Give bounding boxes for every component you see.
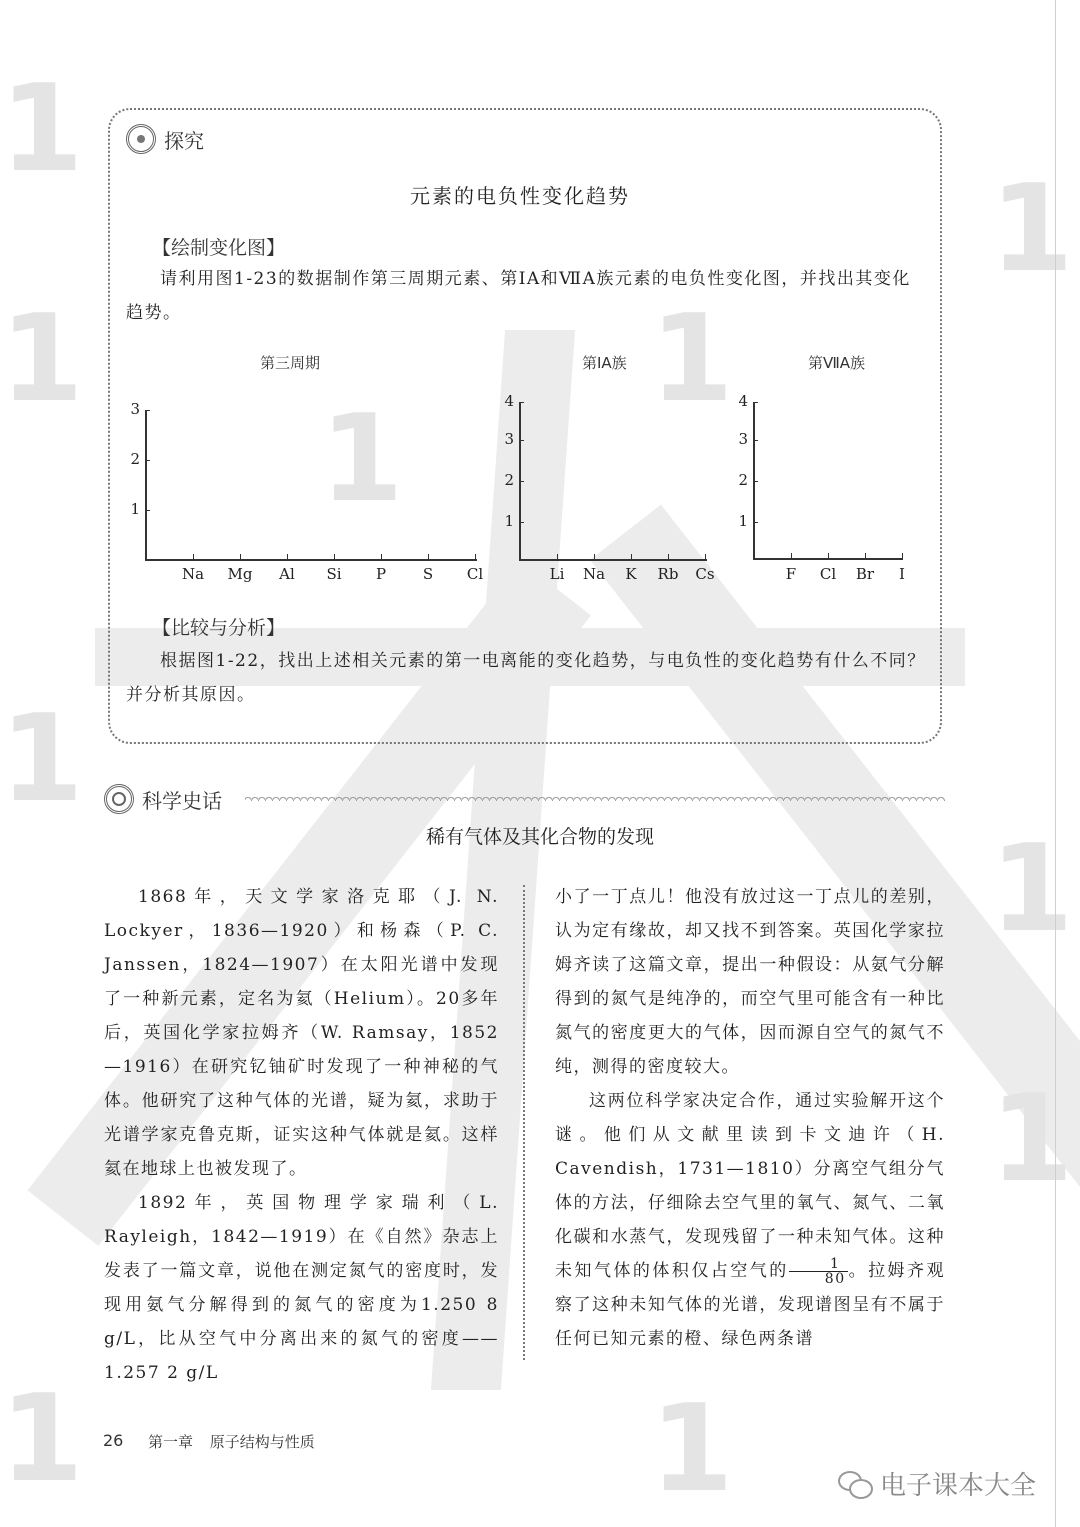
x-tick-label: Cl — [808, 565, 848, 583]
y-tick — [145, 510, 150, 511]
x-tick — [428, 554, 429, 559]
x-tick — [381, 554, 382, 559]
wechat-icon — [838, 1471, 872, 1497]
fraction: 180 — [789, 1257, 848, 1286]
x-tick-label: S — [408, 565, 448, 583]
watermark-digit: 1 — [0, 1380, 84, 1500]
history-title: 稀有气体及其化合物的发现 — [0, 822, 1080, 849]
watermark-digit: 1 — [650, 1390, 734, 1510]
target-icon — [126, 124, 156, 154]
x-tick — [705, 554, 706, 559]
x-tick-label: P — [361, 565, 401, 583]
watermark-digit: 1 — [0, 300, 84, 420]
y-tick-label: 1 — [734, 512, 748, 530]
y-tick — [145, 460, 150, 461]
x-axis — [519, 559, 707, 561]
x-tick — [240, 554, 241, 559]
y-tick — [753, 522, 758, 523]
x-tick-label: K — [611, 565, 651, 583]
watermark-digit: 1 — [0, 700, 84, 820]
draw-heading: 【绘制变化图】 — [152, 233, 285, 260]
history-paragraph: 这两位科学家决定合作，通过实验解开这个谜。他们从文献里读到卡文迪许（H. Cav… — [555, 1084, 945, 1356]
inquiry-title: 元素的电负性变化趋势 — [0, 180, 1040, 209]
x-axis — [145, 559, 477, 561]
inquiry-section-label: 探究 — [164, 125, 204, 154]
y-tick-label: 3 — [500, 430, 514, 448]
history-paragraph: 1868年，天文学家洛克耶（J. N. Lockyer，1836—1920）和杨… — [104, 880, 499, 1186]
compare-text: 根据图1-22，找出上述相关元素的第一电离能的变化趋势，与电负性的变化趋势有什么… — [126, 644, 926, 712]
y-tick-label: 4 — [500, 392, 514, 410]
chapter-title: 第一章 原子结构与性质 — [148, 1431, 315, 1452]
chart-title: 第ⅦA族 — [808, 352, 865, 373]
y-axis — [145, 410, 147, 560]
draw-text: 请利用图1-23的数据制作第三周期元素、第ⅠA和ⅦA族元素的电负性变化图，并找出… — [126, 262, 926, 330]
y-tick — [519, 402, 524, 403]
wavy-divider — [245, 793, 945, 801]
chart-group-7a: 第ⅦA族 4 3 2 1 F Cl Br I — [722, 340, 922, 590]
x-tick — [475, 554, 476, 559]
chart-period-3: 第三周期 3 2 1 Na Mg Al Si P S Cl — [110, 340, 500, 590]
y-tick-label: 3 — [126, 400, 140, 418]
fraction-numerator: 1 — [789, 1257, 848, 1272]
x-tick-label: Br — [845, 565, 885, 583]
page-edge-line — [1055, 0, 1056, 1527]
history-section-header: 科学史话 — [104, 784, 222, 814]
y-tick-label: 2 — [734, 471, 748, 489]
y-tick-label: 2 — [500, 471, 514, 489]
history-paragraph: 1892年，英国物理学家瑞利（L. Rayleigh，1842—1919）在《自… — [104, 1186, 499, 1390]
y-tick — [145, 410, 150, 411]
watermark-digit: 1 — [0, 70, 84, 190]
x-tick-label: Mg — [220, 565, 260, 583]
column-divider — [523, 885, 525, 1360]
fraction-denominator: 80 — [789, 1272, 848, 1286]
brand-watermark: 电子课本大全 — [838, 1465, 1036, 1502]
watermark-digit: 1 — [990, 1080, 1074, 1200]
x-tick-label: I — [882, 565, 922, 583]
x-tick-label: Cl — [455, 565, 495, 583]
history-section-label: 科学史话 — [142, 785, 222, 814]
x-tick-label: Rb — [648, 565, 688, 583]
y-tick — [753, 481, 758, 482]
x-tick-label: Na — [574, 565, 614, 583]
x-tick — [902, 553, 903, 558]
x-tick — [828, 553, 829, 558]
page-number: 26 — [103, 1431, 123, 1450]
history-paragraph: 小了一丁点儿！他没有放过这一丁点儿的差别，认为定有缘故，却又找不到答案。英国化学… — [555, 880, 945, 1084]
x-tick-label: Li — [537, 565, 577, 583]
magnifier-icon — [104, 784, 134, 814]
chart-title: 第三周期 — [260, 352, 320, 373]
x-tick — [557, 554, 558, 559]
x-tick-label: Si — [314, 565, 354, 583]
paragraph-text: 这两位科学家决定合作，通过实验解开这个谜。他们从文献里读到卡文迪许（H. Cav… — [555, 1091, 945, 1281]
x-tick-label: F — [771, 565, 811, 583]
x-tick — [334, 554, 335, 559]
x-tick-label: Cs — [685, 565, 725, 583]
y-tick — [753, 402, 758, 403]
history-right-column: 小了一丁点儿！他没有放过这一丁点儿的差别，认为定有缘故，却又找不到答案。英国化学… — [555, 880, 945, 1356]
y-tick-label: 2 — [126, 450, 140, 468]
x-tick — [791, 553, 792, 558]
x-axis — [753, 558, 903, 560]
brand-name: 电子课本大全 — [880, 1465, 1036, 1502]
x-tick-label: Na — [173, 565, 213, 583]
y-tick — [519, 522, 524, 523]
x-tick — [668, 554, 669, 559]
inquiry-section-header: 探究 — [126, 124, 204, 154]
chart-group-1a: 第ⅠA族 4 3 2 1 Li Na K Rb Cs — [490, 340, 730, 590]
x-tick — [287, 554, 288, 559]
y-tick — [753, 440, 758, 441]
y-tick — [519, 440, 524, 441]
y-tick — [519, 481, 524, 482]
y-tick-label: 3 — [734, 430, 748, 448]
x-tick — [594, 554, 595, 559]
y-tick-label: 1 — [126, 500, 140, 518]
history-left-column: 1868年，天文学家洛克耶（J. N. Lockyer，1836—1920）和杨… — [104, 880, 499, 1390]
y-tick-label: 1 — [500, 512, 514, 530]
x-tick-label: Al — [267, 565, 307, 583]
x-tick — [193, 554, 194, 559]
x-tick — [865, 553, 866, 558]
y-tick-label: 4 — [734, 392, 748, 410]
x-tick — [631, 554, 632, 559]
chart-title: 第ⅠA族 — [582, 352, 627, 373]
compare-heading: 【比较与分析】 — [152, 613, 285, 640]
